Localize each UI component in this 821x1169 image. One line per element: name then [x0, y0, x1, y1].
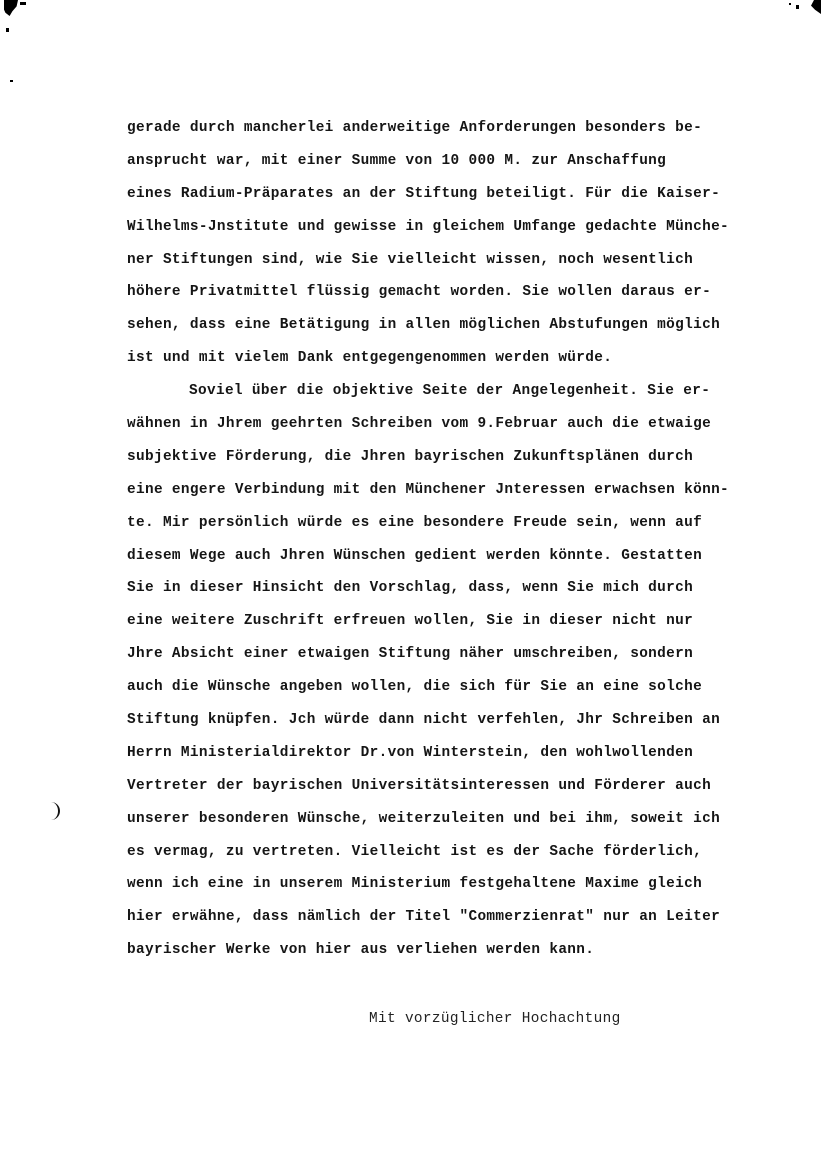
text-line: Jhre Absicht einer etwaigen Stiftung näh… — [127, 638, 807, 671]
scan-speck — [10, 80, 13, 82]
text-line: höhere Privatmittel flüssig gemacht word… — [127, 276, 807, 309]
paragraph: Soviel über die objektive Seite der Ange… — [127, 375, 807, 967]
text-line: sehen, dass eine Betätigung in allen mög… — [127, 309, 807, 342]
text-line: Sie in dieser Hinsicht den Vorschlag, da… — [127, 572, 807, 605]
text-line: ansprucht war, mit einer Summe von 10 00… — [127, 145, 807, 178]
text-line: unserer besonderen Wünsche, weiterzuleit… — [127, 803, 807, 836]
text-line: Stiftung knüpfen. Jch würde dann nicht v… — [127, 704, 807, 737]
text-line: wenn ich eine in unserem Ministerium fes… — [127, 868, 807, 901]
text-line: ist und mit vielem Dank entgegengenommen… — [127, 342, 807, 375]
text-line: es vermag, zu vertreten. Vielleicht ist … — [127, 836, 807, 869]
margin-bracket-mark — [46, 802, 60, 820]
text-line: te. Mir persönlich würde es eine besonde… — [127, 507, 807, 540]
text-line: ner Stiftungen sind, wie Sie vielleicht … — [127, 244, 807, 277]
text-line: Herrn Ministerialdirektor Dr.von Winters… — [127, 737, 807, 770]
letter-closing: Mit vorzüglicher Hochachtung — [369, 1011, 621, 1027]
scan-artifact-top-right — [811, 0, 821, 14]
text-line: wähnen in Jhrem geehrten Schreiben vom 9… — [127, 408, 807, 441]
text-line: Vertreter der bayrischen Universitätsint… — [127, 770, 807, 803]
scan-speck — [6, 28, 9, 32]
text-line: Soviel über die objektive Seite der Ange… — [127, 375, 807, 408]
text-line: eines Radium-Präparates an der Stiftung … — [127, 178, 807, 211]
scan-artifact-top-left — [4, 0, 18, 16]
scan-speck — [20, 2, 26, 5]
letter-body: gerade durch mancherlei anderweitige Anf… — [127, 112, 807, 967]
text-line: bayrischer Werke von hier aus verliehen … — [127, 934, 807, 967]
paragraph: gerade durch mancherlei anderweitige Anf… — [127, 112, 807, 375]
document-page: gerade durch mancherlei anderweitige Anf… — [0, 0, 821, 1169]
text-line: eine engere Verbindung mit den Münchener… — [127, 474, 807, 507]
text-line: gerade durch mancherlei anderweitige Anf… — [127, 112, 807, 145]
scan-speck — [796, 5, 799, 9]
text-line: auch die Wünsche angeben wollen, die sic… — [127, 671, 807, 704]
text-line: eine weitere Zuschrift erfreuen wollen, … — [127, 605, 807, 638]
scan-speck — [789, 3, 791, 5]
text-line: diesem Wege auch Jhren Wünschen gedient … — [127, 540, 807, 573]
text-line: Wilhelms-Jnstitute und gewisse in gleich… — [127, 211, 807, 244]
text-line: subjektive Förderung, die Jhren bayrisch… — [127, 441, 807, 474]
text-line: hier erwähne, dass nämlich der Titel "Co… — [127, 901, 807, 934]
